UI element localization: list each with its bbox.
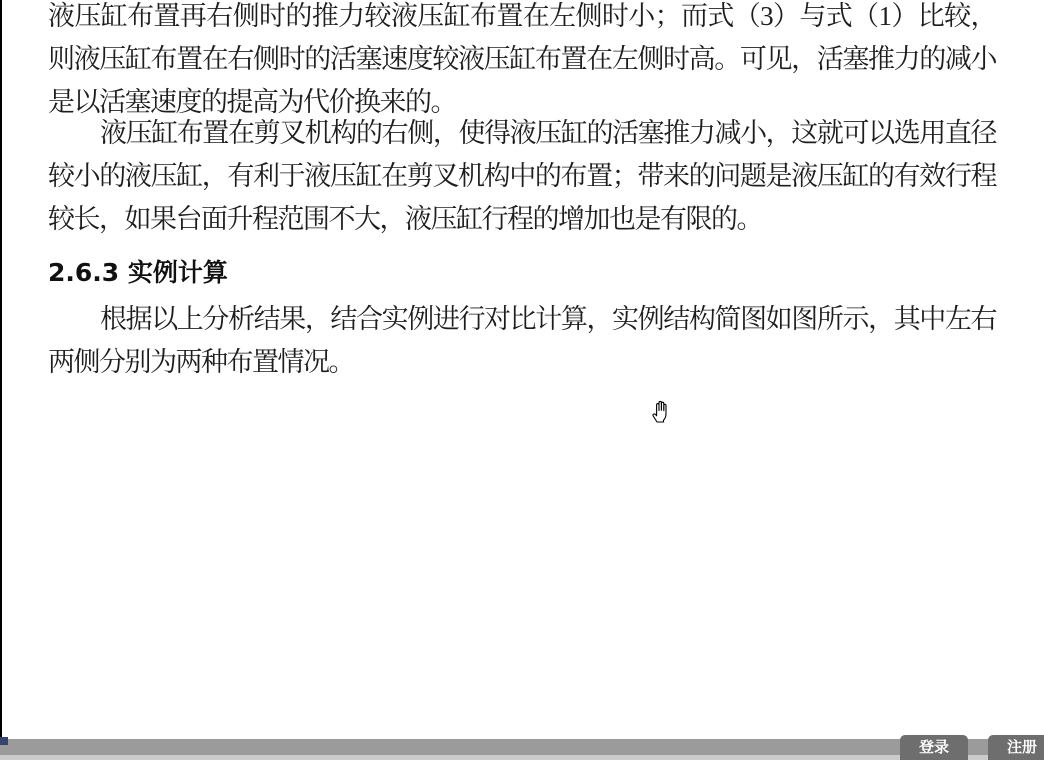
page-left-border <box>0 0 2 740</box>
text-line: 根据以上分析结果，结合实例进行对比计算，实例结构简图如图所示，其中左右 <box>48 298 996 341</box>
register-button[interactable]: 注册 <box>988 735 1044 760</box>
footer-bottom-strip <box>0 755 1044 760</box>
text-line: 则液压缸布置在右侧时的活塞速度较液压缸布置在左侧时高。可见，活塞推力的减小 <box>48 38 996 81</box>
document-content[interactable]: 液压缸布置再右侧时的推力较液压缸布置在左侧时小；而式（3）与式（1）比较， 则液… <box>48 0 996 740</box>
paragraph: 根据以上分析结果，结合实例进行对比计算，实例结构简图如图所示，其中左右 两侧分别… <box>48 298 996 384</box>
text-line: 两侧分别为两种布置情况。 <box>48 341 996 384</box>
document-viewer-page: 液压缸布置再右侧时的推力较液压缸布置在左侧时小；而式（3）与式（1）比较， 则液… <box>0 0 1044 760</box>
text-line: 液压缸布置再右侧时的推力较液压缸布置在左侧时小；而式（3）与式（1）比较， <box>48 0 996 38</box>
footer-corner-indicator <box>0 737 8 745</box>
footer-bar <box>0 739 1044 755</box>
paragraph: 液压缸布置在剪叉机构的右侧，使得液压缸的活塞推力减小，这就可以选用直径 较小的液… <box>48 112 996 241</box>
paragraph: 液压缸布置再右侧时的推力较液压缸布置在左侧时小；而式（3）与式（1）比较， 则液… <box>48 0 996 124</box>
section-heading: 2.6.3 实例计算 <box>48 256 228 290</box>
text-line: 较小的液压缸，有利于液压缸在剪叉机构中的布置；带来的问题是液压缸的有效行程 <box>48 155 996 198</box>
text-line: 液压缸布置在剪叉机构的右侧，使得液压缸的活塞推力减小，这就可以选用直径 <box>48 112 996 155</box>
text-line: 较长，如果台面升程范围不大，液压缸行程的增加也是有限的。 <box>48 198 996 241</box>
login-button[interactable]: 登录 <box>900 735 968 760</box>
